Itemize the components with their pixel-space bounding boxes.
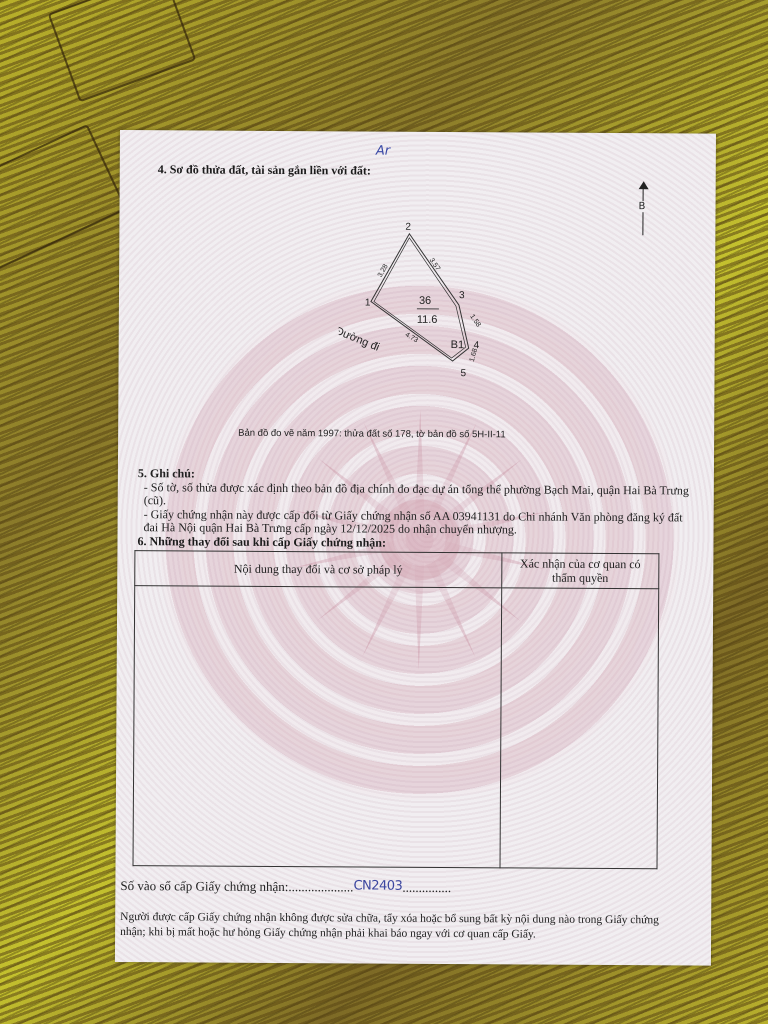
edge-5-1-length: 4.73 bbox=[404, 331, 419, 344]
warning-notice: Người được cấp Giấy chứng nhận không đượ… bbox=[120, 910, 660, 943]
registry-label: Số vào sổ cấp Giấy chứng nhận: bbox=[120, 878, 288, 894]
handwritten-initials: Ar bbox=[376, 144, 390, 159]
note-item: - Số tờ, số thửa được xác định theo bản … bbox=[138, 481, 698, 511]
registry-number-line: Số vào sổ cấp Giấy chứng nhận:..........… bbox=[120, 878, 451, 896]
edge-4-5-length: 1.68 bbox=[469, 348, 479, 363]
parcel-plot-diagram: 1 2 3 4 5 3.28 3.57 1.58 1.68 4.73 36 11… bbox=[338, 221, 499, 382]
parcel-number: 36 bbox=[419, 295, 431, 307]
vertex-2: 2 bbox=[405, 222, 411, 233]
road-label: Đường đi bbox=[338, 325, 381, 354]
vertex-1: 1 bbox=[365, 297, 371, 308]
column-header-changes: Nội dung thay đổi và cơ sở pháp lý bbox=[135, 551, 502, 588]
map-survey-note: Bản đồ đo vẽ năm 1997: thửa đất số 178, … bbox=[238, 428, 506, 441]
section-6-title: 6. Những thay đổi sau khi cấp Giấy chứng… bbox=[137, 534, 386, 551]
column-header-confirmation: Xác nhận của cơ quan có thẩm quyền bbox=[502, 553, 659, 589]
building-label: B1 bbox=[451, 339, 465, 351]
floor-mat-seam bbox=[0, 124, 127, 270]
section-4-title: 4. Sơ đồ thửa đất, tài sản gắn liền với … bbox=[158, 162, 371, 178]
parcel-area: 11.6 bbox=[417, 314, 438, 326]
edge-2-3-length: 3.57 bbox=[428, 257, 442, 272]
north-arrow-icon: B bbox=[633, 181, 653, 236]
notes-section: 5. Ghi chú: - Số tờ, số thửa được xác đị… bbox=[138, 467, 698, 538]
confirmation-cell bbox=[500, 588, 659, 869]
note-item: - Giấy chứng nhận này được cấp đổi từ Gi… bbox=[138, 508, 698, 538]
vertex-5: 5 bbox=[460, 368, 466, 379]
north-label: B bbox=[639, 201, 646, 212]
changes-content-cell bbox=[133, 586, 502, 868]
floor-mat-seam bbox=[48, 0, 197, 102]
changes-table: Nội dung thay đổi và cơ sở pháp lý Xác n… bbox=[133, 550, 660, 869]
edge-3-4-length: 1.58 bbox=[468, 313, 482, 328]
land-certificate-page: 4. Sơ đồ thửa đất, tài sản gắn liền với … bbox=[115, 130, 716, 966]
registry-number-handwritten: CN2403 bbox=[353, 878, 402, 893]
vertex-3: 3 bbox=[459, 290, 465, 301]
